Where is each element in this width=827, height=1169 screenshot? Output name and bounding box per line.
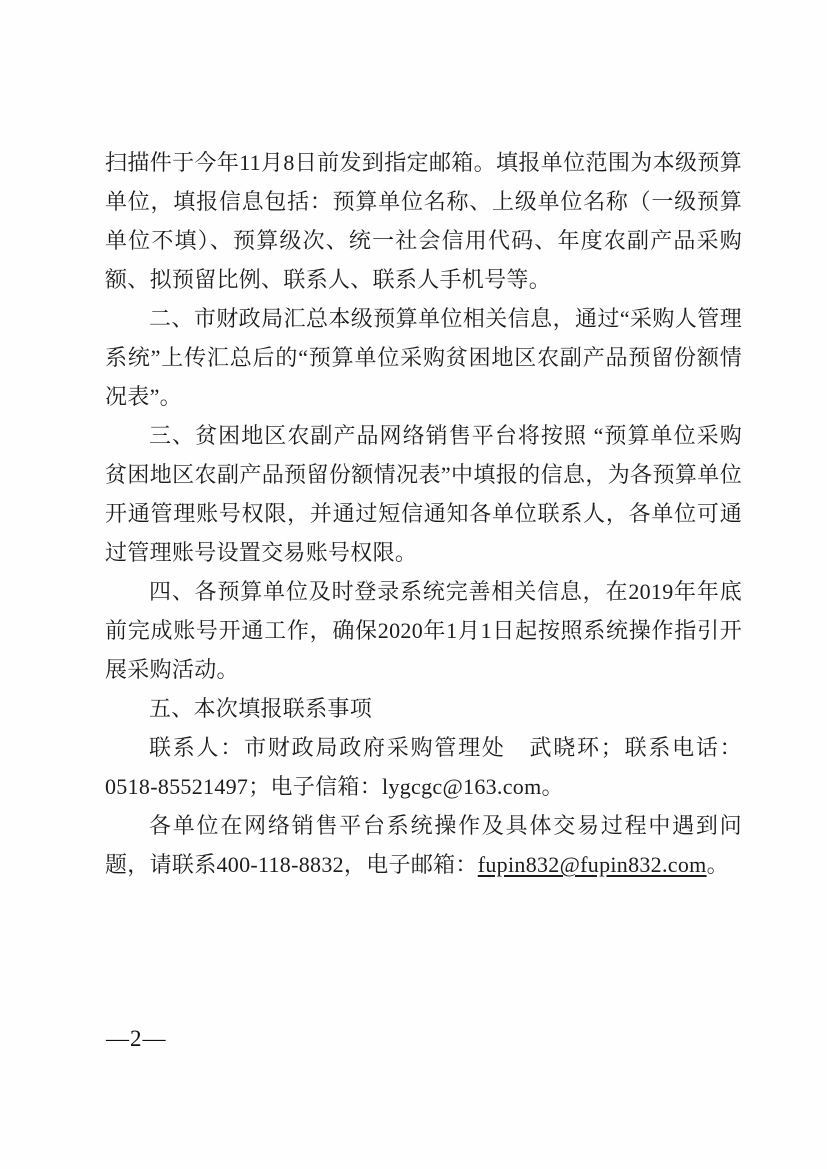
- text-run: 扫描件于今年11月8日前发到指定邮箱。填报单位范围为本级预算单位，填报信息包括：…: [105, 150, 742, 292]
- paragraph: 三、贫困地区农副产品网络销售平台将按照 “预算单位采购贫困地区农副产品预留份额情…: [105, 416, 742, 572]
- paragraph: 五、本次填报联系事项: [105, 689, 742, 728]
- paragraph: 二、市财政局汇总本级预算单位相关信息，通过“采购人管理系统”上传汇总后的“预算单…: [105, 299, 742, 416]
- paragraph: 各单位在网络销售平台系统操作及具体交易过程中遇到问题，请联系400-118-88…: [105, 806, 742, 884]
- paragraph: 四、各预算单位及时登录系统完善相关信息，在2019年年底前完成账号开通工作，确保…: [105, 572, 742, 689]
- document-body: 扫描件于今年11月8日前发到指定邮箱。填报单位范围为本级预算单位，填报信息包括：…: [105, 143, 742, 884]
- text-run: 二、市财政局汇总本级预算单位相关信息，通过“采购人管理系统”上传汇总后的“预算单…: [105, 306, 742, 409]
- paragraph: 扫描件于今年11月8日前发到指定邮箱。填报单位范围为本级预算单位，填报信息包括：…: [105, 143, 742, 299]
- email-link[interactable]: fupin832@fupin832.com: [478, 852, 707, 877]
- text-run: 四、各预算单位及时登录系统完善相关信息，在2019年年底前完成账号开通工作，确保…: [105, 579, 742, 682]
- page-number: —2—: [106, 1026, 167, 1052]
- paragraph: 联系人：市财政局政府采购管理处 武晓环；联系电话：0518-85521497；电…: [105, 728, 742, 806]
- document-page: 扫描件于今年11月8日前发到指定邮箱。填报单位范围为本级预算单位，填报信息包括：…: [0, 0, 827, 1169]
- text-run: 。: [707, 852, 729, 877]
- text-run: 五、本次填报联系事项: [149, 696, 372, 721]
- text-run: 联系人：市财政局政府采购管理处 武晓环；联系电话：0518-85521497；电…: [105, 735, 742, 799]
- text-run: 三、贫困地区农副产品网络销售平台将按照 “预算单位采购贫困地区农副产品预留份额情…: [105, 423, 742, 565]
